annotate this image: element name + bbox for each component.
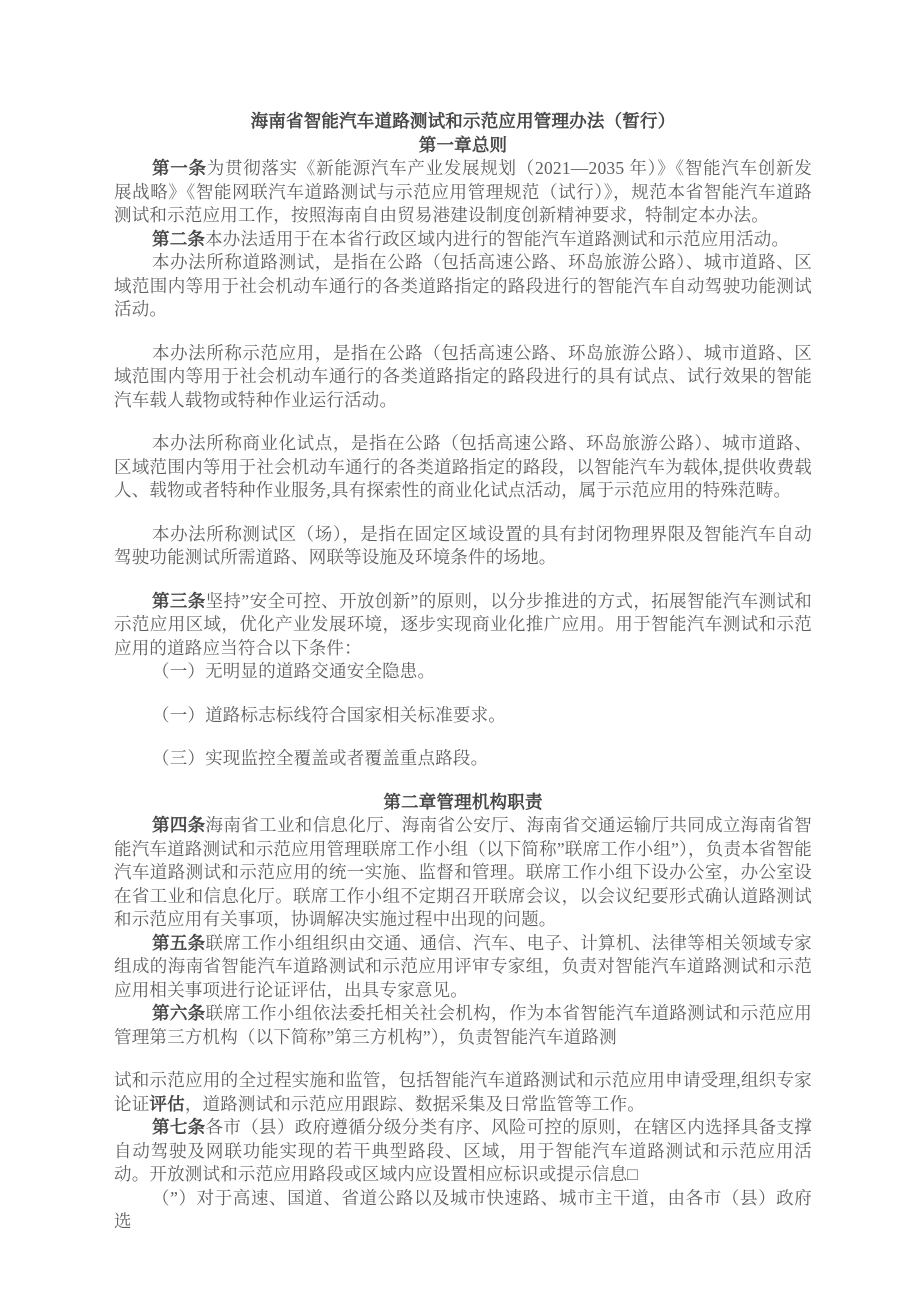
text-run: 各市（县）政府遵循分级分类有序、风险可控的原则，在辖区内选择具备支撑自动驾驶及网… bbox=[114, 1117, 812, 1184]
bold-text-run: 第六条 bbox=[152, 1003, 206, 1023]
text-run: 本办法适用于在本省行政区域内进行的智能汽车道路测试和示范应用活动。 bbox=[205, 229, 789, 249]
paragraph: （一）无明显的道路交通安全隐患。 bbox=[114, 660, 812, 684]
bold-text-run: 评估 bbox=[149, 1094, 184, 1114]
text-run: 海南省工业和信息化厅、海南省公安厅、海南省交通运输厅共同成立海南省智能汽车道路测… bbox=[114, 815, 812, 929]
bold-text-run: 第三条 bbox=[152, 591, 206, 611]
bold-text-run: 第一条 bbox=[152, 158, 207, 178]
paragraph: 第一条为贯彻落实《新能源汽车产业发展规划（2021—2035 年）》《智能汽车创… bbox=[114, 157, 812, 228]
paragraph: 试和示范应用的全过程实施和监管，包括智能汽车道路测试和示范应用申请受理,组织专家… bbox=[114, 1069, 812, 1116]
document-title: 海南省智能汽车道路测试和示范应用管理办法（暂行） bbox=[114, 110, 812, 134]
bold-text-run: 第二条 bbox=[152, 229, 205, 249]
paragraph: 第七条各市（县）政府遵循分级分类有序、风险可控的原则，在辖区内选择具备支撑自动驾… bbox=[114, 1116, 812, 1187]
document-page: 海南省智能汽车道路测试和示范应用管理办法（暂行）第一章总则第一条为贯彻落实《新能… bbox=[0, 0, 920, 1302]
text-run: 本办法所称商业化试点，是指在公路（包括高速公路、环岛旅游公路）、城市道路、区域范… bbox=[114, 433, 812, 500]
text-run: 本办法所称道路测试，是指在公路（包括高速公路、环岛旅游公路）、城市道路、区域范围… bbox=[114, 252, 812, 319]
chapter-heading: 第二章管理机构职责 bbox=[114, 791, 812, 815]
paragraph: 本办法所称道路测试，是指在公路（包括高速公路、环岛旅游公路）、城市道路、区域范围… bbox=[114, 251, 812, 322]
paragraph: 第四条海南省工业和信息化厅、海南省公安厅、海南省交通运输厅共同成立海南省智能汽车… bbox=[114, 814, 812, 932]
paragraph: 第三条坚持”安全可控、开放创新”的原则，以分步推进的方式，拓展智能汽车测试和示范… bbox=[114, 590, 812, 661]
bold-text-run: 第五条 bbox=[152, 933, 206, 953]
text-run: 本办法所称示范应用，是指在公路（包括高速公路、环岛旅游公路）、城市道路、区域范围… bbox=[114, 343, 812, 410]
text-run: （”）对于高速、国道、省道公路以及城市快速路、城市主干道，由各市（县）政府选 bbox=[114, 1188, 812, 1232]
bold-text-run: 海南省智能汽车道路测试和示范应用管理办法（暂行） bbox=[251, 111, 676, 131]
paragraph: 本办法所称测试区（场），是指在固定区域设置的具有封闭物理界限及智能汽车自动驾驶功… bbox=[114, 523, 812, 570]
document-body: 海南省智能汽车道路测试和示范应用管理办法（暂行）第一章总则第一条为贯彻落实《新能… bbox=[114, 110, 812, 1234]
bold-text-run: 第七条 bbox=[152, 1117, 206, 1137]
paragraph: 本办法所称商业化试点，是指在公路（包括高速公路、环岛旅游公路）、城市道路、区域范… bbox=[114, 432, 812, 503]
text-run: 坚持”安全可控、开放创新”的原则，以分步推进的方式，拓展智能汽车测试和示范应用区… bbox=[114, 591, 812, 658]
text-run: 本办法所称测试区（场），是指在固定区域设置的具有封闭物理界限及智能汽车自动驾驶功… bbox=[114, 524, 812, 568]
text-run: ，道路测试和示范应用跟踪、数据采集及日常监管等工作。 bbox=[185, 1094, 645, 1114]
bold-text-run: 第二章管理机构职责 bbox=[383, 792, 542, 812]
text-run: （三）实现监控全覆盖或者覆盖重点路段。 bbox=[152, 748, 488, 768]
paragraph: 第五条联席工作小组组织由交通、通信、汽车、电子、计算机、法律等相关领域专家组成的… bbox=[114, 932, 812, 1003]
paragraph: （”）对于高速、国道、省道公路以及城市快速路、城市主干道，由各市（县）政府选 bbox=[114, 1187, 812, 1234]
paragraph: （三）实现监控全覆盖或者覆盖重点路段。 bbox=[114, 747, 812, 771]
bold-text-run: 第四条 bbox=[152, 815, 206, 835]
paragraph: 本办法所称示范应用，是指在公路（包括高速公路、环岛旅游公路）、城市道路、区域范围… bbox=[114, 342, 812, 413]
text-run: （一）无明显的道路交通安全隐患。 bbox=[152, 661, 435, 681]
chapter-heading: 第一章总则 bbox=[114, 134, 812, 158]
paragraph: 第六条联席工作小组依法委托相关社会机构，作为本省智能汽车道路测试和示范应用管理第… bbox=[114, 1002, 812, 1049]
paragraph: （一）道路标志标线符合国家相关标准要求。 bbox=[114, 704, 812, 728]
paragraph: 第二条本办法适用于在本省行政区域内进行的智能汽车道路测试和示范应用活动。 bbox=[114, 228, 812, 252]
bold-text-run: 第一章总则 bbox=[419, 135, 508, 155]
text-run: 联席工作小组组织由交通、通信、汽车、电子、计算机、法律等相关领域专家组成的海南省… bbox=[114, 933, 812, 1000]
text-run: 联席工作小组依法委托相关社会机构，作为本省智能汽车道路测试和示范应用管理第三方机… bbox=[114, 1003, 812, 1047]
text-run: （一）道路标志标线符合国家相关标准要求。 bbox=[152, 705, 506, 725]
text-run: 为贯彻落实《新能源汽车产业发展规划（2021—2035 年）》《智能汽车创新发展… bbox=[114, 158, 812, 225]
